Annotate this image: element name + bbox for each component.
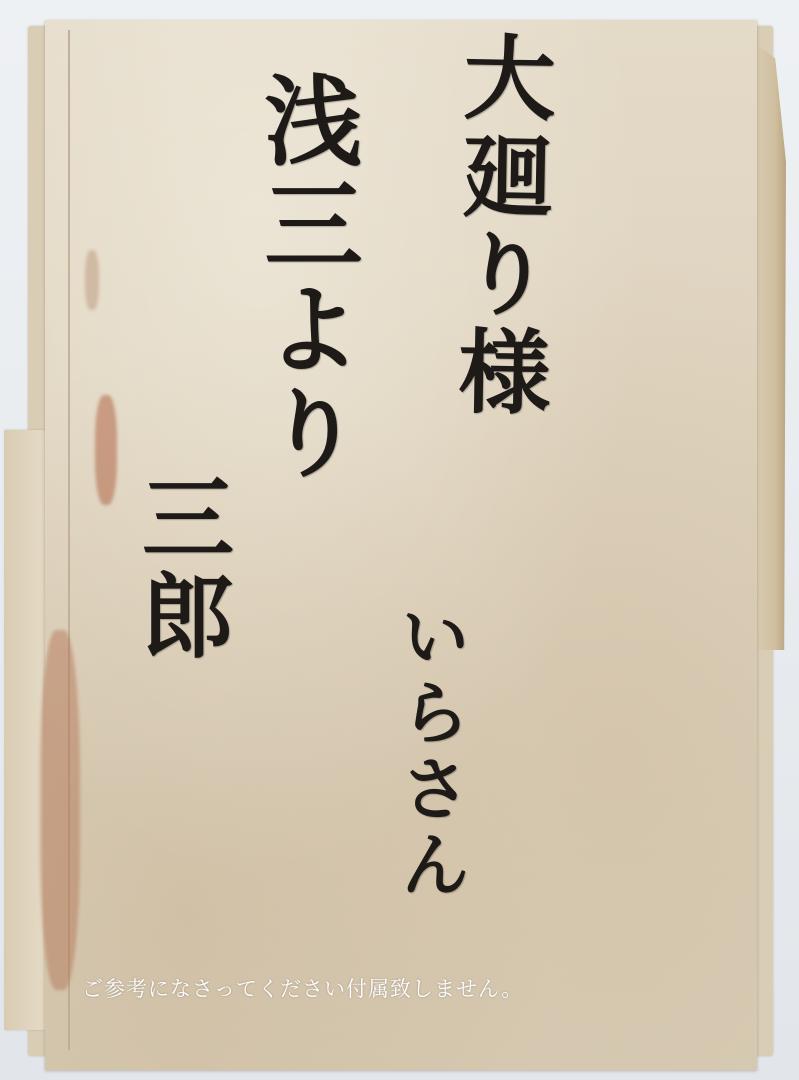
paper-stain xyxy=(95,395,117,505)
paper-stain xyxy=(40,630,80,990)
calligraphy-column-sender: 浅三より xyxy=(250,70,360,486)
calligraphy-column-addressee: 大廻り様 xyxy=(437,29,564,423)
overlay-caption: ご参考になさってください付属致しません。 xyxy=(82,973,523,1003)
photo-background: 大廻り様 いらさん 浅三より 三郎 ご参考になさってください付属致しません。 xyxy=(0,0,799,1080)
paper-stain xyxy=(85,250,99,310)
calligraphy-column-signature: 三郎 xyxy=(128,470,233,666)
calligraphy-column-addressee-lower: いらさん xyxy=(380,600,480,904)
